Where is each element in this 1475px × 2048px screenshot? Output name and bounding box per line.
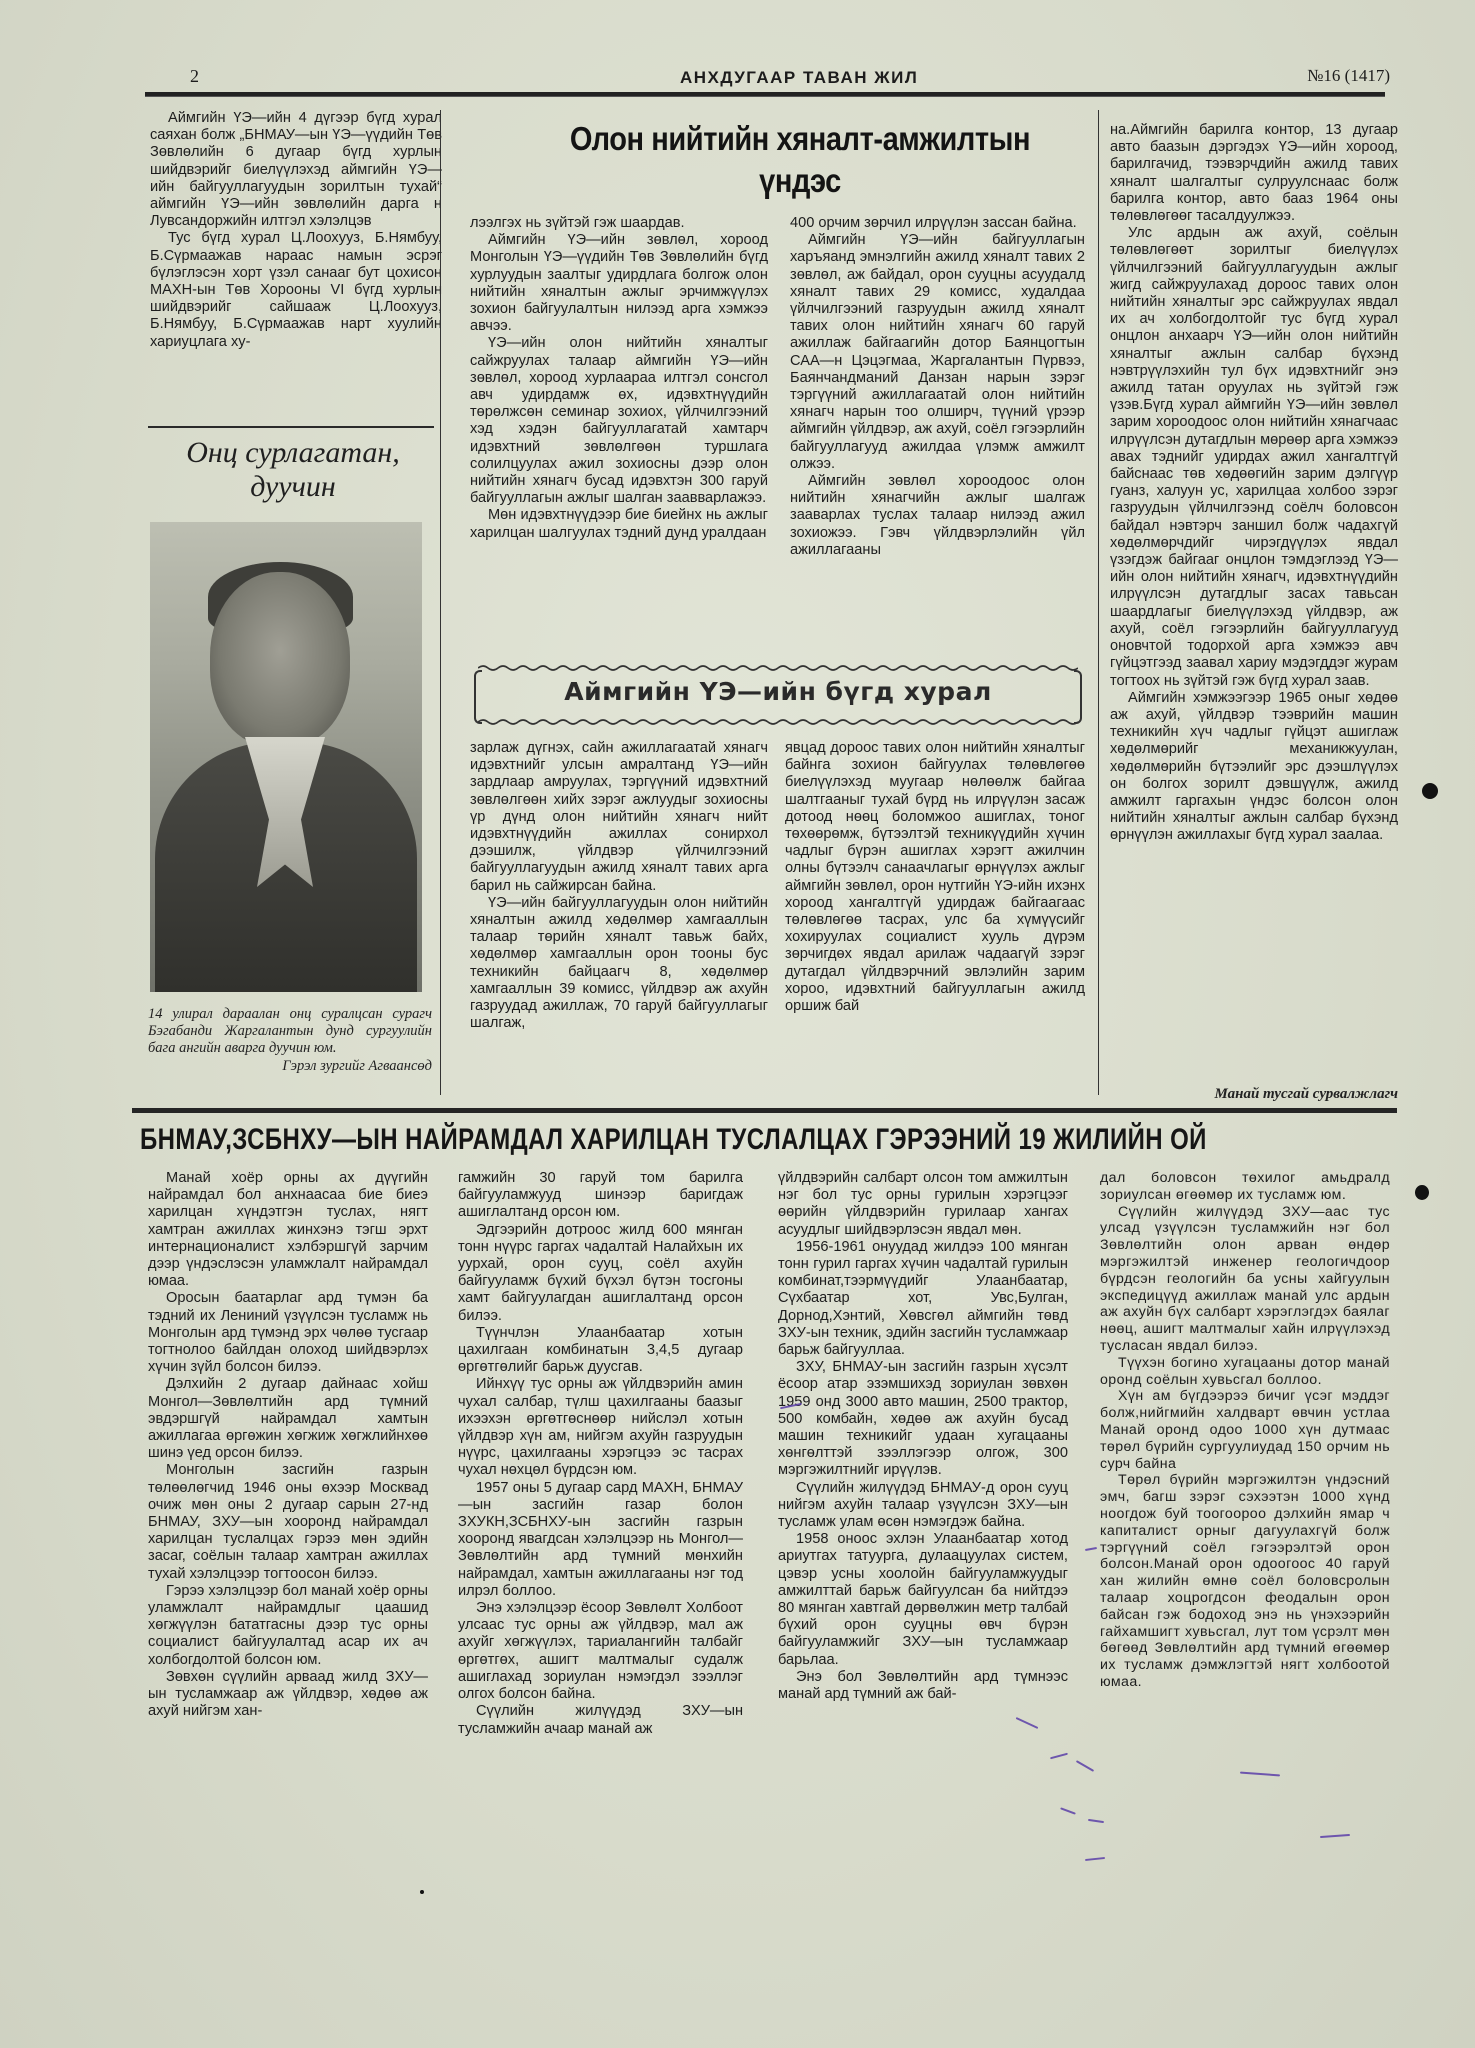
masthead-rule <box>145 92 1385 97</box>
section-box-headline: Аймгийн ҮЭ—ийн бүгд хурал <box>474 664 1082 726</box>
pen-mark <box>1320 1834 1350 1838</box>
article-column-a: лээлгэх нь зүйтэй гэж шаардав. Аймгийн Ү… <box>470 215 768 542</box>
article-column-b: 400 орчим зөрчил илрүүлэн зассан байна. … <box>790 215 1085 559</box>
photo-feature-headline: Онц сурлагатан, дуучин <box>148 436 438 504</box>
treaty-column-4: дал боловсон төхилог амьдралд зориулсан … <box>1100 1170 1390 1691</box>
paragraph: 1957 оны 5 дугаар сард МАХН, БНМАУ—ын за… <box>458 1480 743 1600</box>
paragraph: 1956-1961 онуудад жилдээ 100 мянган тонн… <box>778 1239 1068 1359</box>
paragraph: Сүүлийн жилүүдэд ЗХУ—ын тусламжийн ачаар… <box>458 1703 743 1737</box>
wave-border <box>478 664 1078 672</box>
paragraph: Аймгийн хэмжээгээр 1965 оныг хөдөө аж ах… <box>1110 690 1398 845</box>
paragraph: явцад дороос тавих олон нийтийн хяналтыг… <box>785 740 1085 1015</box>
paragraph: Сүүлийн жилүүдэд БНМАУ-д орон сууц нийгэ… <box>778 1480 1068 1532</box>
treaty-column-2: гамжийн 30 гаруй том барилга байгууламжу… <box>458 1170 743 1738</box>
paragraph: ҮЭ—ийн байгууллагуудын олон нийтийн хяна… <box>470 895 768 1033</box>
byline: Манай тусгай сурвалжлагч <box>1128 1086 1398 1103</box>
pen-mark <box>1088 1819 1104 1823</box>
portrait-photo <box>150 522 422 992</box>
column-divider <box>1098 110 1099 1095</box>
section-rule <box>132 1108 1397 1113</box>
newspaper-page: 2 АНХДУГААР ТАВАН ЖИЛ №16 (1417) Аймгийн… <box>0 0 1475 2048</box>
paragraph: Сүүлийн жилүүдэд ЗХУ—аас тус улсад үзүүл… <box>1100 1204 1390 1355</box>
paragraph: 400 орчим зөрчил илрүүлэн зассан байна. <box>790 215 1085 232</box>
paragraph: Мөн идэвхтнүүдээр бие биейнх нь ажлыг ха… <box>470 507 768 541</box>
photo-credit: Гэрэл зургийг Агваансөд <box>148 1058 432 1075</box>
paragraph: Эдгээрийн дотроос жилд 600 мянган тонн н… <box>458 1222 743 1325</box>
paragraph: Аймгийн ҮЭ—ийн байгууллагын харъяанд эмн… <box>790 232 1085 473</box>
paragraph: лээлгэх нь зүйтэй гэж шаардав. <box>470 215 768 232</box>
article-headline: Олон нийтийн хяналт-амжилтын үндэс <box>554 118 1047 202</box>
paragraph: Манай хоёр орны ах дүүгийн найрамдал бол… <box>148 1170 428 1290</box>
paragraph: Улс ардын аж ахуй, соёлын төлөвлөгөөт зо… <box>1110 225 1398 689</box>
paragraph: Аймгийн зөвлөл хороодоос олон нийтийн хя… <box>790 473 1085 559</box>
paragraph: Монголын засгийн газрын төлөөлөгчид 1946… <box>148 1462 428 1582</box>
paragraph: дал боловсон төхилог амьдралд зориулсан … <box>1100 1170 1390 1204</box>
pen-mark <box>1085 1857 1105 1861</box>
paragraph: Түүнчлэн Улаанбаатар хотын цахилгаан ком… <box>458 1325 743 1377</box>
caption-text: 14 улирал дараалан онц суралцсан сурагч … <box>148 1006 432 1056</box>
paragraph: Төрөл бүрийн мэргэжилтэн үндэсний эмч, б… <box>1100 1472 1390 1690</box>
intro-column: Аймгийн ҮЭ—ийн 4 дүгээр бүгд хурал саяха… <box>150 110 442 351</box>
page-number: 2 <box>190 66 199 87</box>
paragraph: на.Аймгийн барилга контор, 13 дугаар авт… <box>1110 122 1398 225</box>
paragraph: Аймгийн ҮЭ—ийн 4 дүгээр бүгд хурал саяха… <box>150 110 442 230</box>
treaty-headline: БНМАУ,ЗСБНХУ—ЫН НАЙРАМДАЛ ХАРИЛЦАН ТУСЛА… <box>140 1122 1148 1158</box>
pen-mark <box>1050 1753 1068 1760</box>
punch-hole <box>1422 783 1438 799</box>
ink-speck <box>420 1890 424 1894</box>
series-title: АНХДУГААР ТАВАН ЖИЛ <box>680 68 918 88</box>
photo-caption: 14 улирал дараалан онц суралцсан сурагч … <box>148 1006 432 1075</box>
treaty-column-3: үйлдвэрийн салбарт олсон том амжилтын нэ… <box>778 1170 1068 1703</box>
paragraph: үйлдвэрийн салбарт олсон том амжилтын нэ… <box>778 1170 1068 1239</box>
paragraph: Оросын баатарлаг ард түмэн ба тэдний их … <box>148 1290 428 1376</box>
treaty-column-1: Манай хоёр орны ах дүүгийн найрамдал бол… <box>148 1170 428 1721</box>
paragraph: гамжийн 30 гаруй том барилга байгууламжу… <box>458 1170 743 1222</box>
divider <box>148 426 434 428</box>
paragraph: Түүхэн богино хугацааны дотор манай орон… <box>1100 1355 1390 1389</box>
column-divider <box>440 110 441 1095</box>
punch-hole <box>1415 1185 1429 1200</box>
paragraph: ЗХУ, БНМАУ-ын засгийн газрын хүсэлт ёсоо… <box>778 1359 1068 1479</box>
paragraph: Аймгийн ҮЭ—ийн зөвлөл, хороод Монголын Ү… <box>470 232 768 335</box>
paragraph: Тус бүгд хурал Ц.Лоохууз, Б.Нямбуу, Б.Сү… <box>150 230 442 350</box>
paragraph: Гэрээ хэлэлцээр бол манай хоёр орны улам… <box>148 1583 428 1669</box>
paragraph: Дэлхийн 2 дугаар дайнаас хойш Монгол—Зөв… <box>148 1376 428 1462</box>
brace-right <box>1074 670 1082 724</box>
pen-mark <box>1085 1547 1097 1551</box>
wave-border <box>478 718 1078 726</box>
article-column-d: зарлаж дүгнэх, сайн ажиллагаатай хянагч … <box>470 740 768 1032</box>
pen-mark <box>1240 1772 1280 1777</box>
pen-mark <box>1076 1760 1094 1772</box>
article-column-c: на.Аймгийн барилга контор, 13 дугаар авт… <box>1110 122 1398 845</box>
paragraph: Ийнхүү тус орны аж үйлдвэрийн амин чухал… <box>458 1376 743 1479</box>
pen-mark <box>1060 1807 1076 1814</box>
article-column-e: явцад дороос тавих олон нийтийн хяналтыг… <box>785 740 1085 1015</box>
paragraph: 1958 оноос эхлэн Улаанбаатар хотод ариут… <box>778 1531 1068 1669</box>
paragraph: Зөвхөн сүүлийн арваад жилд ЗХУ—ын туслам… <box>148 1669 428 1721</box>
pen-mark <box>1016 1717 1039 1729</box>
paragraph: ҮЭ—ийн олон нийтийн хяналтыг сайжруулах … <box>470 335 768 507</box>
paragraph: Энэ хэлэлцээр ёсоор Зөвлөлт Холбоот улса… <box>458 1600 743 1703</box>
issue-number: №16 (1417) <box>1307 66 1390 86</box>
paragraph: зарлаж дүгнэх, сайн ажиллагаатай хянагч … <box>470 740 768 895</box>
paragraph: Энэ бол Зөвлөлтийн ард түмнээс манай ард… <box>778 1669 1068 1703</box>
paragraph: Хүн ам бүгдээрээ бичиг үсэг мэддэг болж,… <box>1100 1388 1390 1472</box>
